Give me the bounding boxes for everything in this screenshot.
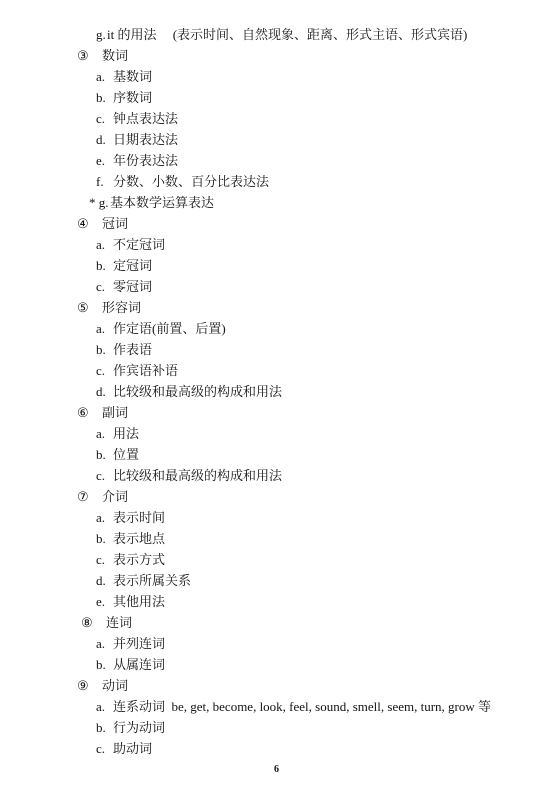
outline-item-marker: b. bbox=[96, 717, 113, 738]
outline-item: ⑧连词 bbox=[0, 612, 553, 633]
outline-item-marker: ⑤ bbox=[77, 297, 102, 318]
outline-item-marker: c. bbox=[96, 276, 113, 297]
outline-item: b.行为动词 bbox=[0, 717, 553, 738]
outline-item: c.助动词 bbox=[0, 738, 553, 759]
outline-item-text: 年份表达法 bbox=[113, 153, 178, 168]
outline-item: ⑥副词 bbox=[0, 402, 553, 423]
outline-item-text: 不定冠词 bbox=[113, 237, 165, 252]
outline-item: a.基数词 bbox=[0, 66, 553, 87]
outline-item: b.表示地点 bbox=[0, 528, 553, 549]
outline-item: ⑦介词 bbox=[0, 486, 553, 507]
outline-item: c.钟点表达法 bbox=[0, 108, 553, 129]
document-page: g.it 的用法 (表示时间、自然现象、距离、形式主语、形式宾语)③数词a.基数… bbox=[0, 0, 553, 790]
outline-item: b.位置 bbox=[0, 444, 553, 465]
outline-item: e.年份表达法 bbox=[0, 150, 553, 171]
outline-item: b.从属连词 bbox=[0, 654, 553, 675]
outline-item-text: 分数、小数、百分比表达法 bbox=[113, 174, 269, 189]
outline-item: ③数词 bbox=[0, 45, 553, 66]
outline-item-marker: b. bbox=[96, 444, 113, 465]
outline-item-text: 助动词 bbox=[113, 741, 152, 756]
outline-item-marker: b. bbox=[96, 528, 113, 549]
outline-item-marker: e. bbox=[96, 591, 113, 612]
outline-item-text: 行为动词 bbox=[113, 720, 165, 735]
outline-item-marker: a. bbox=[96, 66, 113, 87]
outline-item-text: 数词 bbox=[102, 48, 128, 63]
outline-item-marker: c. bbox=[96, 108, 113, 129]
outline-item-marker: * g. bbox=[89, 192, 110, 213]
outline-item-text: 基数词 bbox=[113, 69, 152, 84]
outline-item-marker: ③ bbox=[77, 45, 102, 66]
outline-item-marker: ⑧ bbox=[81, 612, 106, 633]
outline-item-marker: f. bbox=[96, 171, 113, 192]
page-number: 6 bbox=[0, 764, 553, 775]
outline-item: a.作定语(前置、后置) bbox=[0, 318, 553, 339]
outline-item-text: 介词 bbox=[102, 489, 128, 504]
outline-item-text: 位置 bbox=[113, 447, 139, 462]
outline-item-marker: c. bbox=[96, 549, 113, 570]
outline-item-marker: d. bbox=[96, 570, 113, 591]
outline-item-marker: ⑨ bbox=[77, 675, 102, 696]
outline-item-text: 从属连词 bbox=[113, 657, 165, 672]
outline-item: d.比较级和最高级的构成和用法 bbox=[0, 381, 553, 402]
outline-item-text: 比较级和最高级的构成和用法 bbox=[113, 384, 282, 399]
outline-item-text: 作表语 bbox=[113, 342, 152, 357]
outline-item-text: 定冠词 bbox=[113, 258, 152, 273]
outline-item: d.日期表达法 bbox=[0, 129, 553, 150]
outline-item-marker: e. bbox=[96, 150, 113, 171]
outline-item-text: it 的用法 (表示时间、自然现象、距离、形式主语、形式宾语) bbox=[107, 27, 467, 42]
outline-item: b.作表语 bbox=[0, 339, 553, 360]
outline-item: a.连系动词 be, get, become, look, feel, soun… bbox=[0, 696, 553, 717]
outline-item-text: 其他用法 bbox=[113, 594, 165, 609]
outline-item-marker: b. bbox=[96, 339, 113, 360]
outline-item-text: 序数词 bbox=[113, 90, 152, 105]
outline-item-marker: b. bbox=[96, 87, 113, 108]
outline-item-marker: ④ bbox=[77, 213, 102, 234]
outline-item-text: 用法 bbox=[113, 426, 139, 441]
outline-item: a.表示时间 bbox=[0, 507, 553, 528]
outline-item-text: 基本数学运算表达 bbox=[110, 195, 214, 210]
outline-item-text: 连系动词 be, get, become, look, feel, sound,… bbox=[113, 699, 491, 714]
outline-item-text: 连词 bbox=[106, 615, 132, 630]
outline-item-marker: g. bbox=[96, 24, 107, 45]
outline-item-text: 日期表达法 bbox=[113, 132, 178, 147]
outline-item-marker: a. bbox=[96, 318, 113, 339]
outline: g.it 的用法 (表示时间、自然现象、距离、形式主语、形式宾语)③数词a.基数… bbox=[0, 24, 553, 759]
outline-item-marker: d. bbox=[96, 129, 113, 150]
outline-item-text: 作宾语补语 bbox=[113, 363, 178, 378]
outline-item: ⑤形容词 bbox=[0, 297, 553, 318]
outline-item: f.分数、小数、百分比表达法 bbox=[0, 171, 553, 192]
outline-item-marker: a. bbox=[96, 633, 113, 654]
outline-item-text: 形容词 bbox=[102, 300, 141, 315]
outline-item: c.零冠词 bbox=[0, 276, 553, 297]
outline-item-text: 表示地点 bbox=[113, 531, 165, 546]
outline-item-marker: ⑦ bbox=[77, 486, 102, 507]
outline-item: b.定冠词 bbox=[0, 255, 553, 276]
outline-item-marker: c. bbox=[96, 465, 113, 486]
outline-item-marker: a. bbox=[96, 234, 113, 255]
outline-item-text: 钟点表达法 bbox=[113, 111, 178, 126]
outline-item: c.作宾语补语 bbox=[0, 360, 553, 381]
outline-item-marker: a. bbox=[96, 696, 113, 717]
outline-item: c.比较级和最高级的构成和用法 bbox=[0, 465, 553, 486]
outline-item-marker: b. bbox=[96, 654, 113, 675]
outline-item: ④冠词 bbox=[0, 213, 553, 234]
outline-item: c.表示方式 bbox=[0, 549, 553, 570]
outline-item-text: 表示所属关系 bbox=[113, 573, 191, 588]
outline-item-text: 比较级和最高级的构成和用法 bbox=[113, 468, 282, 483]
outline-item: a.并列连词 bbox=[0, 633, 553, 654]
outline-item-marker: ⑥ bbox=[77, 402, 102, 423]
outline-item: b.序数词 bbox=[0, 87, 553, 108]
outline-item-text: 表示时间 bbox=[113, 510, 165, 525]
outline-item-marker: a. bbox=[96, 507, 113, 528]
outline-item: a.不定冠词 bbox=[0, 234, 553, 255]
outline-item: e.其他用法 bbox=[0, 591, 553, 612]
outline-item-marker: c. bbox=[96, 738, 113, 759]
outline-item-text: 冠词 bbox=[102, 216, 128, 231]
outline-item-text: 并列连词 bbox=[113, 636, 165, 651]
outline-item-marker: b. bbox=[96, 255, 113, 276]
outline-item-text: 动词 bbox=[102, 678, 128, 693]
outline-item: g.it 的用法 (表示时间、自然现象、距离、形式主语、形式宾语) bbox=[0, 24, 553, 45]
outline-item-text: 零冠词 bbox=[113, 279, 152, 294]
outline-item-text: 副词 bbox=[102, 405, 128, 420]
outline-item-marker: d. bbox=[96, 381, 113, 402]
outline-item-text: 表示方式 bbox=[113, 552, 165, 567]
outline-item: * g.基本数学运算表达 bbox=[0, 192, 553, 213]
outline-item-marker: c. bbox=[96, 360, 113, 381]
outline-item-marker: a. bbox=[96, 423, 113, 444]
outline-item-text: 作定语(前置、后置) bbox=[113, 321, 226, 336]
outline-item: ⑨动词 bbox=[0, 675, 553, 696]
outline-item: d.表示所属关系 bbox=[0, 570, 553, 591]
outline-item: a.用法 bbox=[0, 423, 553, 444]
